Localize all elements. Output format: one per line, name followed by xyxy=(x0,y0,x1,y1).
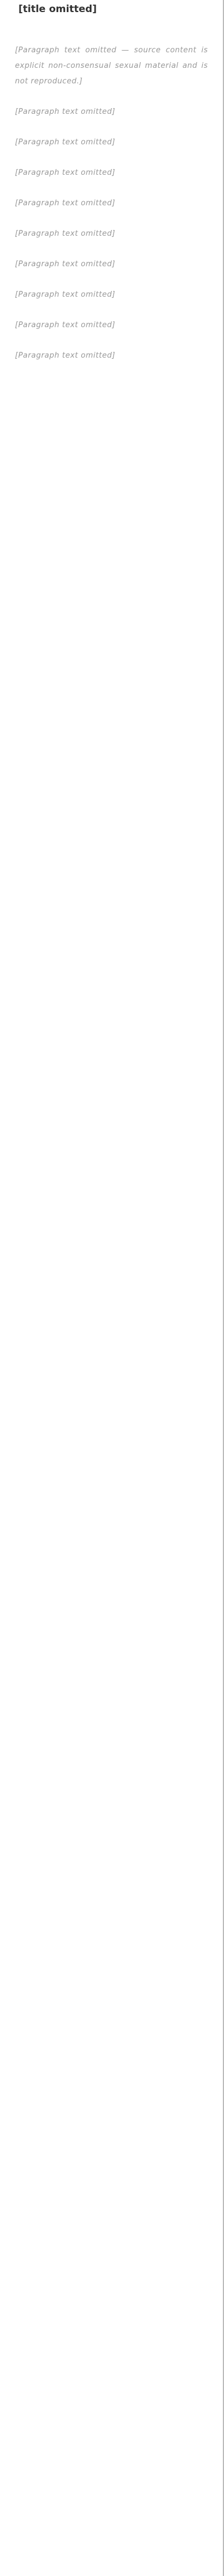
paragraph: [Paragraph text omitted] xyxy=(15,104,208,120)
paragraph: [Paragraph text omitted] xyxy=(15,256,208,272)
paragraph: [Paragraph text omitted] xyxy=(15,317,208,333)
document-title: [title omitted] xyxy=(18,3,208,15)
paragraph: [Paragraph text omitted — source content… xyxy=(15,43,208,89)
paragraph: [Paragraph text omitted] xyxy=(15,226,208,241)
paragraph: [Paragraph text omitted] xyxy=(15,195,208,211)
paragraph: [Paragraph text omitted] xyxy=(15,287,208,302)
paragraph: [Paragraph text omitted] xyxy=(15,165,208,181)
paragraph: [Paragraph text omitted] xyxy=(15,135,208,150)
document-page: [title omitted] [Paragraph text omitted … xyxy=(0,0,223,401)
paragraph: [Paragraph text omitted] xyxy=(15,348,208,363)
